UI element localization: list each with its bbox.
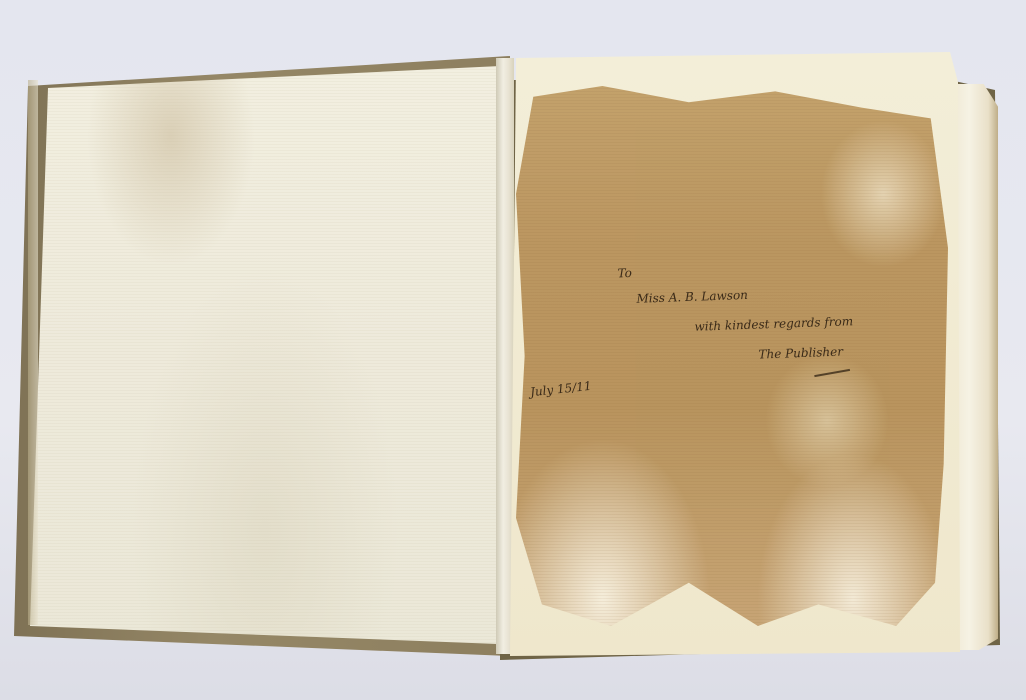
left-page-edge <box>28 80 38 625</box>
left-endpaper <box>30 66 500 646</box>
foxing-stain <box>516 86 948 626</box>
inscription-recipient: Miss A. B. Lawson <box>636 289 748 305</box>
photo-scene: To Miss A. B. Lawson with kindest regard… <box>0 0 1026 700</box>
inscription-signature: The Publisher <box>758 346 843 361</box>
inscription-to: To <box>617 267 632 279</box>
